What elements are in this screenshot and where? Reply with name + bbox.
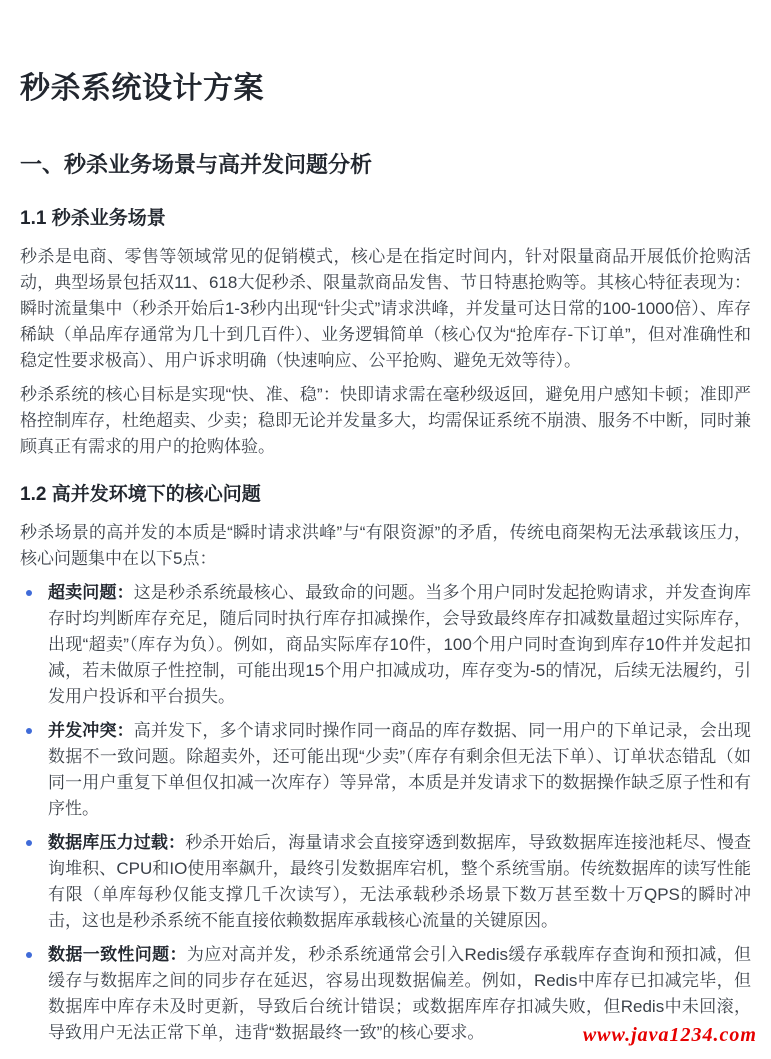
bullet-dot-icon <box>26 728 32 734</box>
problem-item-db-overload: 数据库压力过载：秒杀开始后，海量请求会直接穿透到数据库，导致数据库连接池耗尽、慢… <box>20 830 751 934</box>
problem-desc: 高并发下，多个请求同时操作同一商品的库存数据、同一用户的下单记录，会出现数据不一… <box>48 721 751 818</box>
problem-item-concurrency-conflict: 并发冲突：高并发下，多个请求同时操作同一商品的库存数据、同一用户的下单记录，会出… <box>20 718 751 822</box>
document: 秒杀系统设计方案 一、秒杀业务场景与高并发问题分析 1.1 秒杀业务场景 秒杀是… <box>0 70 771 1046</box>
page-title: 秒杀系统设计方案 <box>20 70 751 108</box>
problem-term: 数据库压力过载： <box>48 833 185 852</box>
bullet-dot-icon <box>26 840 32 846</box>
section-1-2-heading: 1.2 高并发环境下的核心问题 <box>20 482 751 508</box>
section-1-1-heading: 1.1 秒杀业务场景 <box>20 206 751 232</box>
bullet-dot-icon <box>26 952 32 958</box>
problem-list: 超卖问题：这是秒杀系统最核心、最致命的问题。当多个用户同时发起抢购请求，并发查询… <box>20 580 751 1046</box>
problem-desc: 这是秒杀系统最核心、最致命的问题。当多个用户同时发起抢购请求，并发查询库存时均判… <box>48 583 751 706</box>
section-1-2-intro: 秒杀场景的高并发的本质是“瞬时请求洪峰”与“有限资源”的矛盾，传统电商架构无法承… <box>20 520 751 572</box>
bullet-dot-icon <box>26 590 32 596</box>
problem-term: 超卖问题： <box>48 583 134 602</box>
problem-item-oversell: 超卖问题：这是秒杀系统最核心、最致命的问题。当多个用户同时发起抢购请求，并发查询… <box>20 580 751 710</box>
section-1-heading: 一、秒杀业务场景与高并发问题分析 <box>20 150 751 180</box>
section-1-1-paragraph-2: 秒杀系统的核心目标是实现“快、准、稳”：快即请求需在毫秒级返回，避免用户感知卡顿… <box>20 382 751 460</box>
problem-term: 并发冲突： <box>48 721 134 740</box>
problem-term: 数据一致性问题： <box>48 945 187 964</box>
watermark: www.java1234.com <box>583 1024 757 1047</box>
section-1-1-paragraph-1: 秒杀是电商、零售等领域常见的促销模式，核心是在指定时间内，针对限量商品开展低价抢… <box>20 244 751 374</box>
